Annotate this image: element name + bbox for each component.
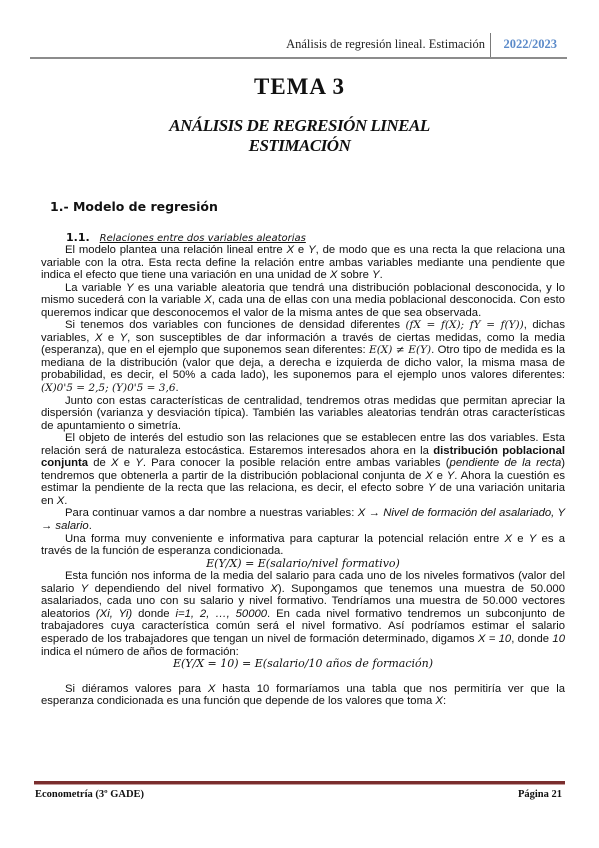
text: Para continuar vamos a dar nombre a nues… (65, 507, 358, 519)
footer-rule (34, 781, 565, 785)
term-varianza: varianza (100, 407, 143, 419)
subsection-title: Relaciones entre dos variables aleatoria… (100, 233, 306, 244)
text: El modelo plantea una relación lineal en… (65, 244, 287, 256)
var-x: X (425, 470, 433, 482)
text: . Para conocer la posible relación entre… (143, 457, 450, 469)
equation-1: E(Y/X) = E(salario/nivel formativo) (41, 558, 565, 571)
math-median: (X)0'5 = 2,5; (Y)0'5 = 3,6 (41, 382, 176, 394)
spacer (41, 671, 565, 683)
text: : (443, 695, 446, 707)
text: y (143, 407, 157, 419)
var-x-value: X = 10 (478, 633, 511, 645)
text: . (64, 495, 67, 507)
term-pendiente: pendiente de la recta (450, 457, 562, 469)
text: e (512, 533, 529, 545)
document-page: Análisis de regresión lineal. Estimación… (0, 0, 599, 848)
text: Si diéramos valores para (65, 683, 208, 695)
header-year: 2022/2023 (504, 37, 557, 52)
text: , donde (511, 633, 552, 645)
text: La variable (65, 282, 126, 294)
var-y: Y (308, 244, 316, 256)
term-mediana: mediana (41, 357, 84, 369)
var-y: Y (135, 457, 143, 469)
math-density: (fX = f(X); fY = f(Y)) (405, 319, 523, 331)
text: . (380, 269, 383, 281)
text: (esperanza), que en el ejemplo que supon… (41, 344, 369, 356)
term-desviacion: desviación típica (157, 407, 242, 419)
text: dependiendo del nivel formativo (88, 583, 270, 595)
chapter-subtitle-line2: ESTIMACIÓN (0, 136, 599, 156)
math-expectation: E(X) ≠ E(Y) (369, 344, 431, 356)
paragraph-9: Si diéramos valores para X hasta 10 form… (41, 683, 565, 708)
text: Si tenemos dos variables con funciones d… (65, 319, 405, 331)
paragraph-6: Para continuar vamos a dar nombre a nues… (41, 507, 565, 532)
index-range: i=1, 2, …, 50000 (175, 608, 267, 620)
text: e (119, 457, 136, 469)
header-rule (30, 57, 567, 59)
page-header: Análisis de regresión lineal. Estimación… (30, 33, 567, 57)
text: de (88, 457, 111, 469)
text: . (176, 382, 179, 394)
text: , son susceptibles de dar información a … (127, 332, 534, 344)
term-media: media (534, 332, 565, 344)
text: . Otro tipo de medida es la (431, 344, 565, 356)
random-vector: (Xi, Yi) (96, 608, 132, 620)
var-x: X (435, 695, 443, 707)
paragraph-5: El objeto de interés del estudio son las… (41, 432, 565, 507)
text: donde (132, 608, 175, 620)
text: . (89, 520, 92, 532)
subsection-number: 1.1. (66, 231, 90, 244)
chapter-title: TEMA 3 (0, 74, 599, 100)
value-ten: 10 (552, 633, 565, 645)
text: de (405, 470, 425, 482)
paragraph-1: El modelo plantea una relación lineal en… (41, 244, 565, 282)
subsection-heading: 1.1.Relaciones entre dos variables aleat… (66, 231, 306, 244)
body-text: El modelo plantea una relación lineal en… (41, 244, 565, 708)
paragraph-2: La variable Y es una variable aleatoria … (41, 282, 565, 320)
term-esperanza-condicionada: función de esperanza condicionada (103, 545, 281, 557)
footer-course: Econometría (3º GADE) (35, 789, 144, 800)
text: de la distribución (valor que deja, a de… (41, 357, 565, 382)
term-distribucion-conjunta: distribución poblacional conjunta (240, 470, 405, 482)
text: sobre (337, 269, 372, 281)
text: . (280, 545, 283, 557)
text: Una forma muy conveniente e informativa … (65, 533, 504, 545)
paragraph-7: Una forma muy conveniente e informativa … (41, 533, 565, 558)
var-x: X (270, 583, 278, 595)
header-separator (490, 33, 491, 57)
paragraph-4: Junto con estas características de centr… (41, 395, 565, 433)
footer-page-number: Página 21 (518, 789, 562, 800)
text: e (433, 470, 447, 482)
chapter-subtitle-line1: ANÁLISIS DE REGRESIÓN LINEAL (0, 116, 599, 136)
header-title: Análisis de regresión lineal. Estimación (286, 37, 485, 52)
equation-2: E(Y/X = 10) = E(salario/10 años de forma… (41, 658, 565, 671)
var-x: X (287, 244, 295, 256)
var-y: Y (372, 269, 380, 281)
var-x: X (111, 457, 119, 469)
text: indica el número de años de formación: (41, 646, 239, 658)
paragraph-3: Si tenemos dos variables con funciones d… (41, 319, 565, 394)
text: e (102, 332, 119, 344)
var-x: X (204, 294, 212, 306)
section-heading: 1.- Modelo de regresión (50, 199, 218, 214)
paragraph-8: Esta función nos informa de la media del… (41, 570, 565, 658)
text: e (294, 244, 308, 256)
var-x: X (504, 533, 512, 545)
